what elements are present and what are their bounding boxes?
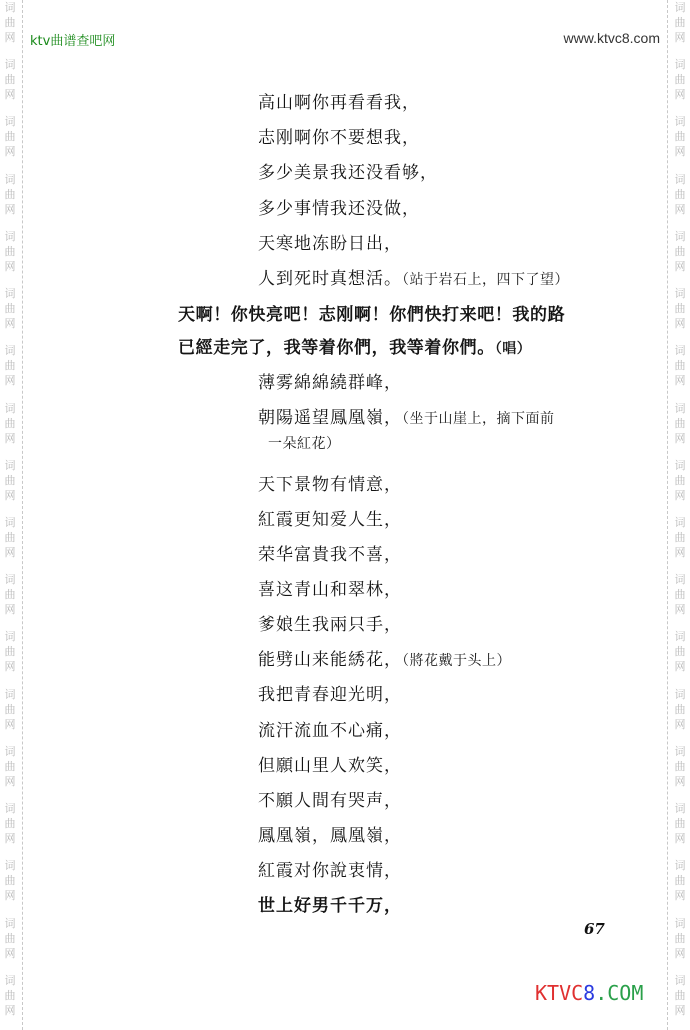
watermark-group: 词曲网: [5, 57, 16, 114]
watermark-char: 词: [675, 916, 686, 931]
watermark-char: 词: [675, 572, 686, 587]
watermark-char: 词: [675, 343, 686, 358]
watermark-group: 词曲网: [5, 572, 16, 629]
logo-part-ktvc: KTVC: [535, 981, 583, 1005]
lyric-line: 天寒地冻盼日出，: [258, 229, 402, 254]
watermark-char: 曲: [5, 187, 16, 202]
watermark-char: 曲: [675, 702, 686, 717]
watermark-group: 词曲网: [675, 458, 686, 515]
watermark-group: 词曲网: [675, 744, 686, 801]
watermark-group: 词曲网: [5, 114, 16, 171]
watermark-char: 网: [5, 717, 16, 732]
watermark-char: 网: [5, 946, 16, 961]
lyric-line: 天下景物有情意，: [258, 470, 402, 495]
spoken-line: 天啊！你快亮吧！志刚啊！你們快打来吧！我的路: [178, 300, 565, 325]
watermark-char: 网: [675, 774, 686, 789]
watermark-char: 网: [5, 774, 16, 789]
lyric-line: 世上好男千千万，: [258, 891, 402, 916]
watermark-char: 网: [5, 1003, 16, 1018]
watermark-char: 曲: [675, 644, 686, 659]
watermark-char: 曲: [5, 473, 16, 488]
site-url-watermark: www.ktvc8.com: [564, 30, 660, 46]
watermark-char: 曲: [675, 301, 686, 316]
watermark-char: 曲: [5, 530, 16, 545]
lyric-line: 志刚啊你不要想我，: [258, 123, 420, 148]
stage-direction-continued: 一朵紅花）: [268, 433, 341, 453]
watermark-char: 曲: [5, 931, 16, 946]
watermark-char: 词: [675, 629, 686, 644]
watermark-char: 网: [675, 831, 686, 846]
watermark-char: 词: [5, 572, 16, 587]
watermark-char: 词: [675, 973, 686, 988]
watermark-char: 词: [675, 286, 686, 301]
lyric-line: 紅霞更知爱人生，: [258, 505, 402, 530]
lyric-line: 我把青春迎光明，: [258, 680, 402, 705]
watermark-char: 网: [675, 488, 686, 503]
lyric-line: 喜这青山和翠林，: [258, 575, 402, 600]
watermark-char: 词: [5, 286, 16, 301]
lyric-line: 鳳凰嶺，鳳凰嶺，: [258, 821, 402, 846]
lyric-line: 紅霞对你說衷情，: [258, 856, 402, 881]
watermark-group: 词曲网: [675, 343, 686, 400]
watermark-group: 词曲网: [5, 629, 16, 686]
watermark-group: 词曲网: [675, 286, 686, 343]
watermark-char: 网: [675, 144, 686, 159]
watermark-group: 词曲网: [675, 801, 686, 858]
watermark-group: 词曲网: [5, 916, 16, 973]
watermark-char: 曲: [5, 644, 16, 659]
logo-part-8: 8: [583, 981, 595, 1005]
watermark-char: 网: [675, 373, 686, 388]
watermark-char: 曲: [5, 759, 16, 774]
watermark-group: 词曲网: [5, 229, 16, 286]
watermark-char: 网: [5, 259, 16, 274]
lyric-line: 多少美景我还没看够，: [258, 158, 438, 183]
lyric-line: 荣华富貴我不喜，: [258, 540, 402, 565]
watermark-char: 网: [675, 717, 686, 732]
watermark-char: 词: [5, 973, 16, 988]
left-dashed-border: [22, 0, 23, 1030]
right-dashed-border: [667, 0, 668, 1030]
watermark-char: 网: [675, 1003, 686, 1018]
watermark-group: 词曲网: [675, 114, 686, 171]
stage-direction: （坐于山崖上，摘下面前: [402, 411, 555, 427]
watermark-char: 网: [5, 488, 16, 503]
watermark-char: 词: [5, 629, 16, 644]
watermark-char: 词: [675, 744, 686, 759]
watermark-char: 词: [675, 0, 686, 15]
watermark-char: 词: [675, 172, 686, 187]
watermark-char: 词: [5, 687, 16, 702]
watermark-group: 词曲网: [675, 229, 686, 286]
watermark-char: 曲: [5, 129, 16, 144]
spoken-line: 已經走完了，我等着你們，我等着你們。（唱）: [178, 333, 531, 358]
watermark-char: 曲: [5, 816, 16, 831]
watermark-char: 词: [5, 858, 16, 873]
left-watermark-column: 词曲网词曲网词曲网词曲网词曲网词曲网词曲网词曲网词曲网词曲网词曲网词曲网词曲网词…: [0, 0, 20, 1030]
watermark-char: 词: [675, 401, 686, 416]
logo-part-com: .COM: [595, 981, 643, 1005]
lyric-line: 但願山里人欢笑，: [258, 751, 402, 776]
watermark-char: 曲: [675, 416, 686, 431]
watermark-char: 曲: [675, 473, 686, 488]
watermark-char: 词: [675, 229, 686, 244]
watermark-char: 网: [675, 202, 686, 217]
site-name-watermark: ktv曲谱查吧网: [30, 30, 115, 49]
watermark-char: 词: [5, 401, 16, 416]
watermark-char: 词: [675, 858, 686, 873]
lyric-line: 薄雾綿綿繞群峰，: [258, 368, 402, 393]
watermark-group: 词曲网: [675, 973, 686, 1030]
watermark-char: 曲: [5, 587, 16, 602]
watermark-char: 网: [5, 431, 16, 446]
watermark-char: 词: [675, 114, 686, 129]
watermark-char: 网: [5, 202, 16, 217]
watermark-char: 曲: [5, 702, 16, 717]
lyric-line: 高山啊你再看看我，: [258, 88, 420, 113]
watermark-char: 词: [5, 0, 16, 15]
watermark-group: 词曲网: [5, 973, 16, 1030]
watermark-char: 曲: [5, 301, 16, 316]
watermark-group: 词曲网: [5, 744, 16, 801]
watermark-group: 词曲网: [675, 687, 686, 744]
watermark-char: 网: [675, 259, 686, 274]
stage-direction: （唱）: [495, 341, 532, 357]
watermark-group: 词曲网: [5, 343, 16, 400]
watermark-char: 曲: [675, 816, 686, 831]
watermark-group: 词曲网: [5, 858, 16, 915]
watermark-char: 词: [5, 57, 16, 72]
watermark-char: 曲: [5, 244, 16, 259]
watermark-char: 网: [5, 888, 16, 903]
watermark-group: 词曲网: [5, 286, 16, 343]
watermark-group: 词曲网: [675, 0, 686, 57]
watermark-char: 曲: [5, 873, 16, 888]
watermark-char: 词: [5, 458, 16, 473]
watermark-group: 词曲网: [675, 515, 686, 572]
watermark-char: 网: [5, 545, 16, 560]
lyric-line: 爹娘生我兩只手，: [258, 610, 402, 635]
watermark-char: 网: [675, 888, 686, 903]
watermark-group: 词曲网: [5, 687, 16, 744]
watermark-char: 曲: [675, 15, 686, 30]
watermark-char: 曲: [675, 759, 686, 774]
watermark-char: 网: [5, 87, 16, 102]
watermark-char: 网: [675, 659, 686, 674]
watermark-char: 网: [5, 602, 16, 617]
watermark-char: 词: [675, 57, 686, 72]
watermark-char: 网: [5, 316, 16, 331]
watermark-group: 词曲网: [5, 172, 16, 229]
watermark-char: 网: [675, 431, 686, 446]
watermark-char: 词: [5, 916, 16, 931]
watermark-char: 曲: [675, 931, 686, 946]
watermark-char: 网: [675, 87, 686, 102]
watermark-char: 曲: [675, 587, 686, 602]
watermark-char: 曲: [5, 988, 16, 1003]
watermark-group: 词曲网: [5, 401, 16, 458]
watermark-group: 词曲网: [675, 172, 686, 229]
watermark-group: 词曲网: [5, 458, 16, 515]
watermark-group: 词曲网: [675, 629, 686, 686]
watermark-char: 曲: [675, 358, 686, 373]
watermark-char: 网: [5, 659, 16, 674]
watermark-char: 网: [675, 946, 686, 961]
lyric-line: 多少事情我还没做，: [258, 194, 420, 219]
watermark-char: 词: [5, 114, 16, 129]
right-watermark-column: 词曲网词曲网词曲网词曲网词曲网词曲网词曲网词曲网词曲网词曲网词曲网词曲网词曲网词…: [670, 0, 690, 1030]
watermark-group: 词曲网: [675, 572, 686, 629]
watermark-char: 曲: [675, 187, 686, 202]
watermark-char: 词: [675, 687, 686, 702]
watermark-group: 词曲网: [5, 0, 16, 57]
page-number: 67: [584, 920, 605, 938]
watermark-char: 词: [675, 458, 686, 473]
watermark-group: 词曲网: [675, 401, 686, 458]
watermark-char: 曲: [5, 358, 16, 373]
watermark-char: 词: [5, 515, 16, 530]
watermark-char: 曲: [5, 416, 16, 431]
watermark-group: 词曲网: [675, 916, 686, 973]
watermark-char: 词: [675, 515, 686, 530]
watermark-char: 网: [675, 545, 686, 560]
watermark-char: 曲: [675, 873, 686, 888]
watermark-char: 词: [5, 744, 16, 759]
lyric-line: 不願人間有哭声，: [258, 786, 402, 811]
ktvc8-logo: KTVC8.COM: [535, 981, 643, 1005]
watermark-char: 网: [5, 373, 16, 388]
watermark-char: 网: [5, 831, 16, 846]
watermark-group: 词曲网: [5, 515, 16, 572]
watermark-char: 曲: [675, 129, 686, 144]
watermark-char: 曲: [675, 988, 686, 1003]
stage-direction: （將花戴于头上）: [402, 653, 511, 669]
watermark-group: 词曲网: [675, 858, 686, 915]
lyric-line: 人到死时真想活。（站于岩石上，四下了望）: [258, 264, 569, 289]
lyric-line: 朝陽遥望鳳凰嶺，（坐于山崖上，摘下面前: [258, 403, 555, 428]
watermark-char: 网: [675, 316, 686, 331]
watermark-char: 网: [675, 30, 686, 45]
watermark-char: 网: [675, 602, 686, 617]
watermark-group: 词曲网: [5, 801, 16, 858]
watermark-char: 曲: [675, 72, 686, 87]
watermark-char: 词: [5, 229, 16, 244]
watermark-char: 词: [675, 801, 686, 816]
watermark-char: 词: [5, 172, 16, 187]
watermark-char: 网: [5, 30, 16, 45]
watermark-char: 词: [5, 343, 16, 358]
watermark-char: 网: [5, 144, 16, 159]
watermark-char: 曲: [5, 72, 16, 87]
watermark-char: 词: [5, 801, 16, 816]
lyric-line: 流汗流血不心痛，: [258, 716, 402, 741]
watermark-group: 词曲网: [675, 57, 686, 114]
lyric-line: 能劈山来能綉花，（將花戴于头上）: [258, 645, 511, 670]
watermark-char: 曲: [5, 15, 16, 30]
watermark-char: 曲: [675, 530, 686, 545]
watermark-char: 曲: [675, 244, 686, 259]
stage-direction: （站于岩石上，四下了望）: [402, 272, 569, 288]
